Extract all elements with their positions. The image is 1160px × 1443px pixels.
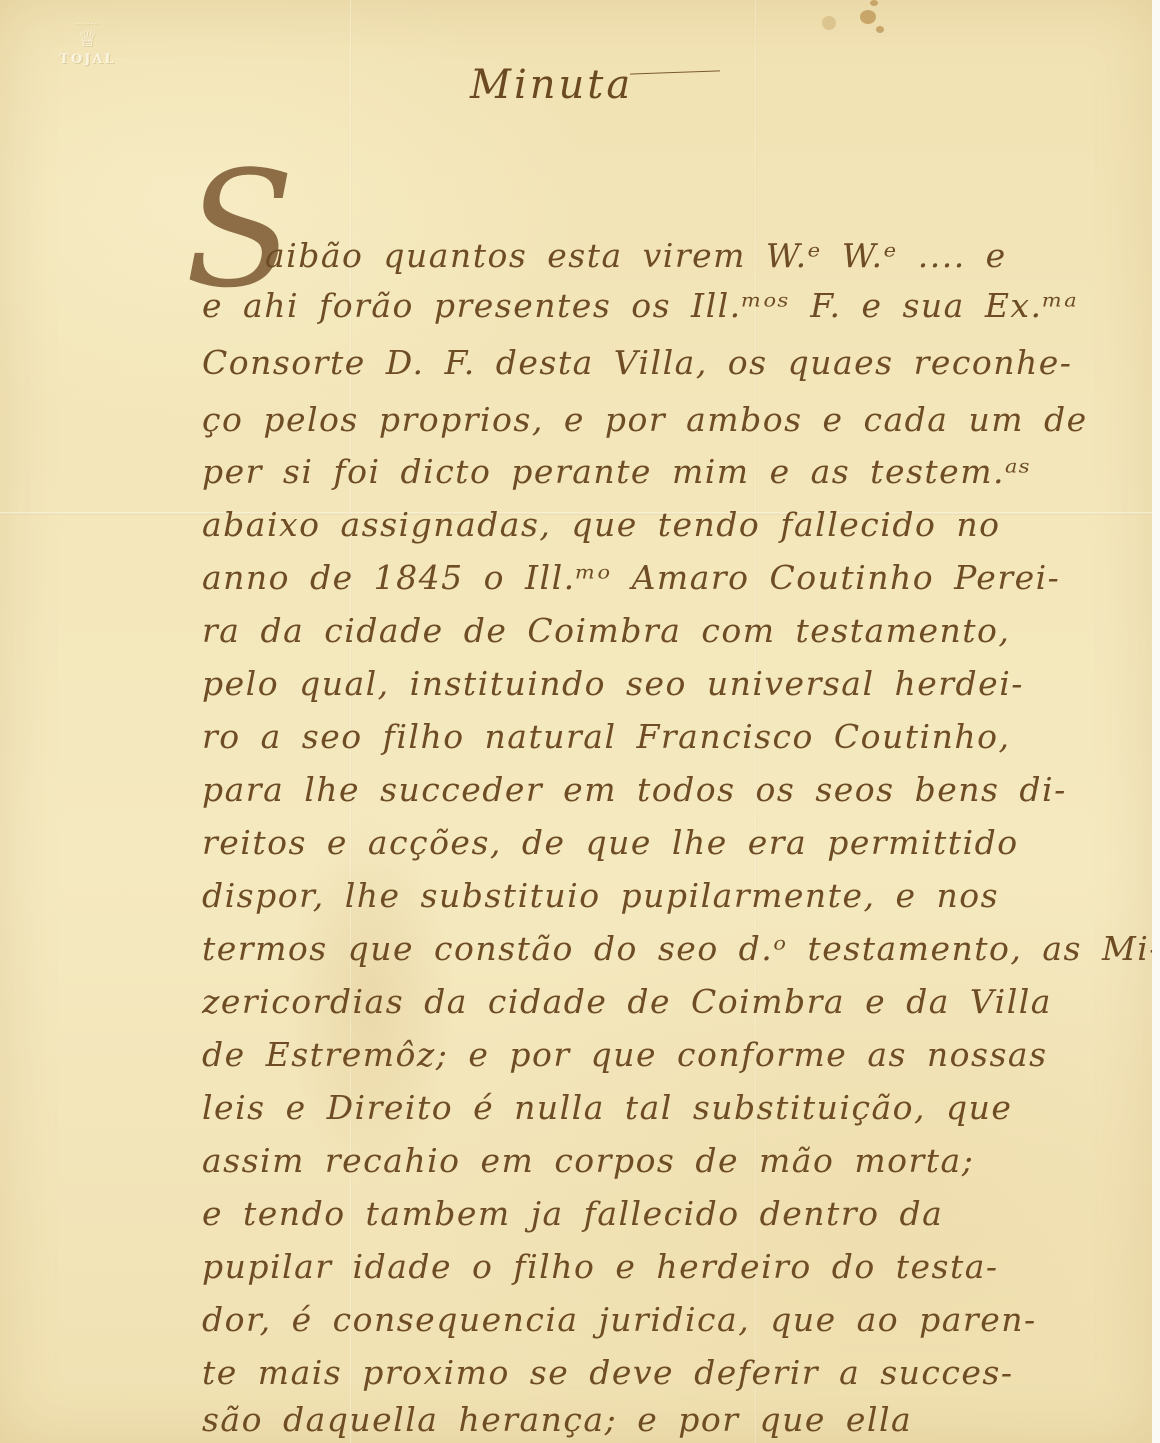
scan-edge [1152,0,1160,1443]
text-line: dispor, lhe substituio pupilarmente, e n… [202,876,999,915]
text-line: e ahi forão presentes os Ill.ᵐᵒˢ F. e su… [202,286,1078,325]
text-line: zericordias da cidade de Coimbra e da Vi… [202,982,1052,1021]
text-line: de Estremôz; e por que conforme as nossa… [202,1035,1048,1074]
text-line: dor, é consequencia juridica, que ao par… [202,1300,1037,1339]
text-line: ço pelos proprios, e por ambos e cada um… [202,400,1088,439]
text-line: para lhe succeder em todos os seos bens … [202,770,1067,809]
manuscript-page: ········ ♕ TOJAL Minuta S aibão quantos … [0,0,1152,1443]
text-line: aibão quantos esta virem W.ᵉ W.ᵉ .... e [265,236,1007,275]
text-line: ra da cidade de Coimbra com testamento, [202,611,1010,650]
text-line: termos que constão do seo d.ᵒ testamento… [202,929,1160,968]
text-line: assim recahio em corpos de mão morta; [202,1141,974,1180]
text-line: são daquella herança; e por que ella [202,1400,912,1439]
text-line: Consorte D. F. desta Villa, os quaes rec… [202,343,1072,382]
text-line: te mais proximo se deve deferir a succes… [202,1353,1014,1392]
text-line: pupilar idade o filho e herdeiro do test… [202,1247,999,1286]
text-line: e tendo tambem ja fallecido dentro da [202,1194,943,1233]
text-line: per si foi dicto perante mim e as testem… [202,452,1032,491]
text-line: anno de 1845 o Ill.ᵐᵒ Amaro Coutinho Per… [202,558,1060,597]
text-line: abaixo assignadas, que tendo fallecido n… [202,505,1000,544]
text-line: leis e Direito é nulla tal substituição,… [202,1088,1012,1127]
text-line: reitos e acções, de que lhe era permitti… [202,823,1019,862]
manuscript-body: aibão quantos esta virem W.ᵉ W.ᵉ .... e … [0,0,1152,1443]
text-line: ro a seo filho natural Francisco Coutinh… [202,717,1010,756]
text-line: pelo qual, instituindo seo universal her… [202,664,1024,703]
